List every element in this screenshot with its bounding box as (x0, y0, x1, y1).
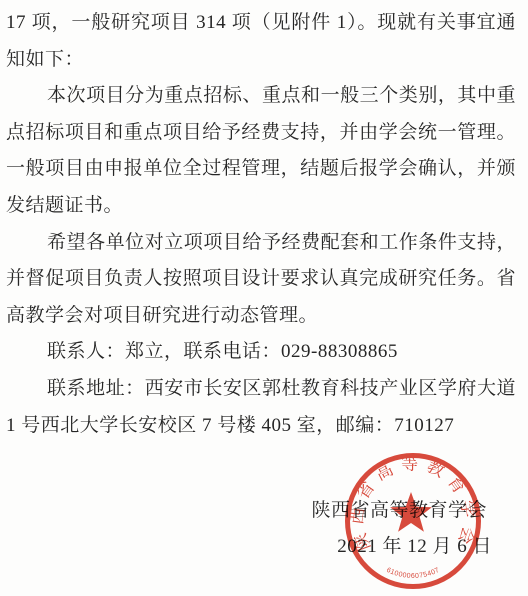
signature-org: 陕西省高等教育学会 (311, 499, 487, 523)
text-line: 发结题证书。 (6, 188, 516, 225)
text-line: 高教学会对项目研究进行动态管理。 (6, 298, 516, 335)
document-body: 17 项，一般研究项目 314 项（见附件 1）。现就有关事宜通知如下：本次项目… (6, 5, 516, 444)
text-line: 联系人：郑立，联系电话：029-88308865 (6, 334, 516, 371)
text-line: 17 项，一般研究项目 314 项（见附件 1）。现就有关事宜通 (6, 5, 516, 42)
text-line: 知如下： (6, 42, 516, 79)
text-line: 一般项目由申报单位全过程管理，结题后报学会确认，并颁 (6, 151, 516, 188)
seal-serial-number: 6100006075407 (385, 567, 441, 580)
text-line: 希望各单位对立项项目给予经费配套和工作条件支持， (6, 225, 516, 262)
text-line: 1 号西北大学长安校区 7 号楼 405 室，邮编：710127 (6, 408, 516, 445)
signature-date: 2021 年 12 月 6 日 (337, 535, 492, 559)
text-line: 本次项目分为重点招标、重点和一般三个类别，其中重 (6, 78, 516, 115)
text-line: 并督促项目负责人按照项目设计要求认真完成研究任务。省 (6, 261, 516, 298)
document-page: 17 项，一般研究项目 314 项（见附件 1）。现就有关事宜通知如下：本次项目… (0, 0, 528, 596)
text-line: 联系地址：西安市长安区郭杜教育科技产业区学府大道 (6, 371, 516, 408)
text-line: 点招标项目和重点项目给予经费支持，并由学会统一管理。 (6, 115, 516, 152)
